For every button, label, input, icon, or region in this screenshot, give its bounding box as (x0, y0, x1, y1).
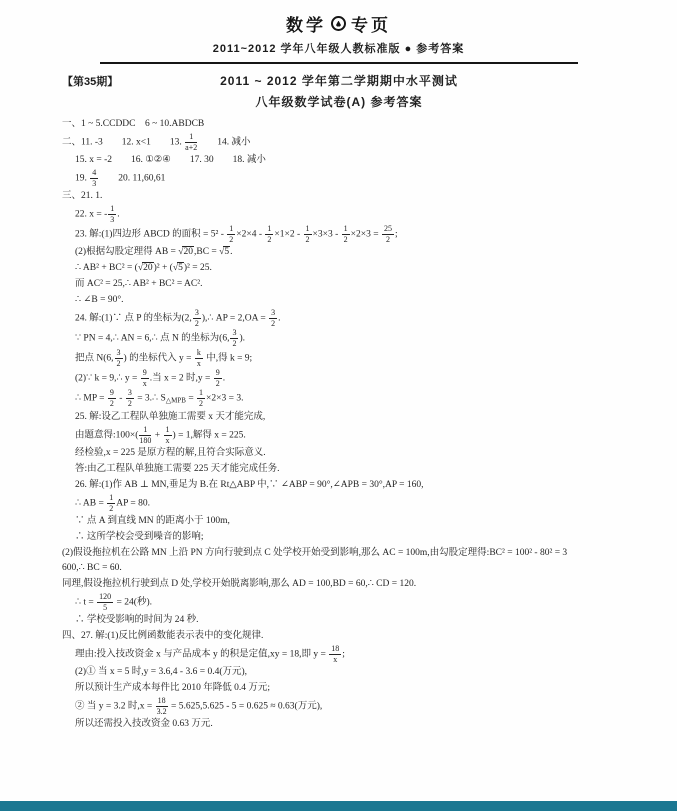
answer-line: 而 AC² = 25,∴ AB² + BC² = AC². (62, 277, 587, 292)
logo-seal-mark (336, 21, 341, 27)
newspaper-logo: 数学 专页 (0, 11, 677, 36)
header-rule (100, 62, 578, 64)
answer-line: 24. 解:(1)∵ 点 P 的坐标为(2,32),∴ AP = 2,OA = … (62, 309, 587, 328)
newspaper-header: 数学 专页 2011~2012 学年八年级人教标准版 ● 参考答案 (0, 0, 677, 64)
scanned-answer-page: 数学 专页 2011~2012 学年八年级人教标准版 ● 参考答案 【第35期】… (0, 0, 677, 811)
answer-line: ∴ AB = 12AP = 80. (62, 494, 587, 513)
answer-line: 19. 43 20. 11,60,61 (62, 169, 587, 188)
answer-line: 15. x = -2 16. ①②④ 17. 30 18. 减小 (62, 153, 587, 168)
answer-line: ∴ 这所学校会受到噪音的影响; (62, 530, 587, 545)
answer-line: 二、11. -3 12. x<1 13. 1a+2 14. 减小 (62, 133, 587, 152)
edition-subtitle: 2011~2012 学年八年级人教标准版 ● 参考答案 (0, 40, 677, 56)
answer-line: 23. 解:(1)四边形 ABCD 的面积 = 5² - 12×2×4 - 12… (62, 225, 587, 244)
footer-color-bar (0, 801, 677, 811)
answer-line: (2)根据勾股定理得 AB = √20,BC = √5. (62, 245, 587, 260)
answer-line: ∴ 学校受影响的时间为 24 秒. (62, 613, 587, 628)
answer-line: 同理,假设拖拉机行驶到点 D 处,学校开始脱离影响,那么 AD = 100,BD… (62, 577, 587, 592)
answer-line: 所以还需投入技改资金 0.63 万元. (62, 717, 587, 732)
answer-lines: 一、1 ~ 5.CCDDC 6 ~ 10.ABDCB二、11. -3 12. x… (62, 117, 587, 732)
answer-line: 四、27. 解:(1)反比例函数能表示表中的变化规律. (62, 629, 587, 644)
answer-line: 把点 N(6,32) 的坐标代入 y = kx 中,得 k = 9; (62, 349, 587, 368)
answer-line: (2)① 当 x = 5 时,y = 3.6,4 - 3.6 = 0.4(万元)… (62, 665, 587, 680)
logo-seal-icon (331, 16, 346, 31)
answer-line: (2)∵ k = 9,∴ y = 9x.当 x = 2 时,y = 92. (62, 369, 587, 388)
logo-text-left: 数学 (286, 11, 326, 36)
answer-line: 所以预计生产成本每件比 2010 年降低 0.4 万元; (62, 681, 587, 696)
answer-line: 经检验,x = 225 是原方程的解,且符合实际意义. (62, 446, 587, 461)
exam-title-line2: 八年级数学试卷(A) 参考答案 (100, 93, 578, 110)
answer-line: 25. 解:设乙工程队单独施工需要 x 天才能完成, (62, 410, 587, 425)
logo-text-right: 专页 (351, 11, 391, 36)
answer-line: 由题意得:100×(1180 + 1x) = 1,解得 x = 225. (62, 426, 587, 445)
answer-line: ∵ 点 A 到直线 MN 的距离小于 100m, (62, 514, 587, 529)
answer-line: (2)假设拖拉机在公路 MN 上沿 PN 方向行驶到点 C 处学校开始受到影响,… (62, 546, 587, 576)
masthead: 【第35期】 2011 ~ 2012 学年第二学期期中水平测试 八年级数学试卷(… (0, 72, 677, 110)
answer-line: 26. 解:(1)作 AB ⊥ MN,垂足为 B.在 Rt△ABP 中,∵ ∠A… (62, 478, 587, 493)
answer-line: 理由:投入技改资金 x 与产品成本 y 的积是定值,xy = 18,即 y = … (62, 645, 587, 664)
answer-line: ∴ t = 1205 = 24(秒). (62, 593, 587, 612)
exam-title-line1: 2011 ~ 2012 学年第二学期期中水平测试 (100, 72, 578, 89)
answer-line: ∵ PN = 4,∴ AN = 6,∴ 点 N 的坐标为(6,32). (62, 329, 587, 348)
answer-line: ② 当 y = 3.2 时,x = 183.2 = 5.625,5.625 - … (62, 697, 587, 716)
answer-line: ∴ AB² + BC² = (√20)² + (√5)² = 25. (62, 261, 587, 276)
issue-number: 【第35期】 (62, 73, 118, 89)
answer-line: 一、1 ~ 5.CCDDC 6 ~ 10.ABDCB (62, 117, 587, 132)
answer-line: 22. x = -13. (62, 205, 587, 224)
exam-titles: 2011 ~ 2012 学年第二学期期中水平测试 八年级数学试卷(A) 参考答案 (100, 72, 578, 110)
answer-line: ∴ MP = 92 - 32 = 3.∴ S△MPB = 12×2×3 = 3. (62, 389, 587, 409)
answer-line: 答:由乙工程队单独施工需要 225 天才能完成任务. (62, 462, 587, 477)
answer-line: ∴ ∠B = 90°. (62, 293, 587, 308)
answer-line: 三、21. 1. (62, 189, 587, 204)
